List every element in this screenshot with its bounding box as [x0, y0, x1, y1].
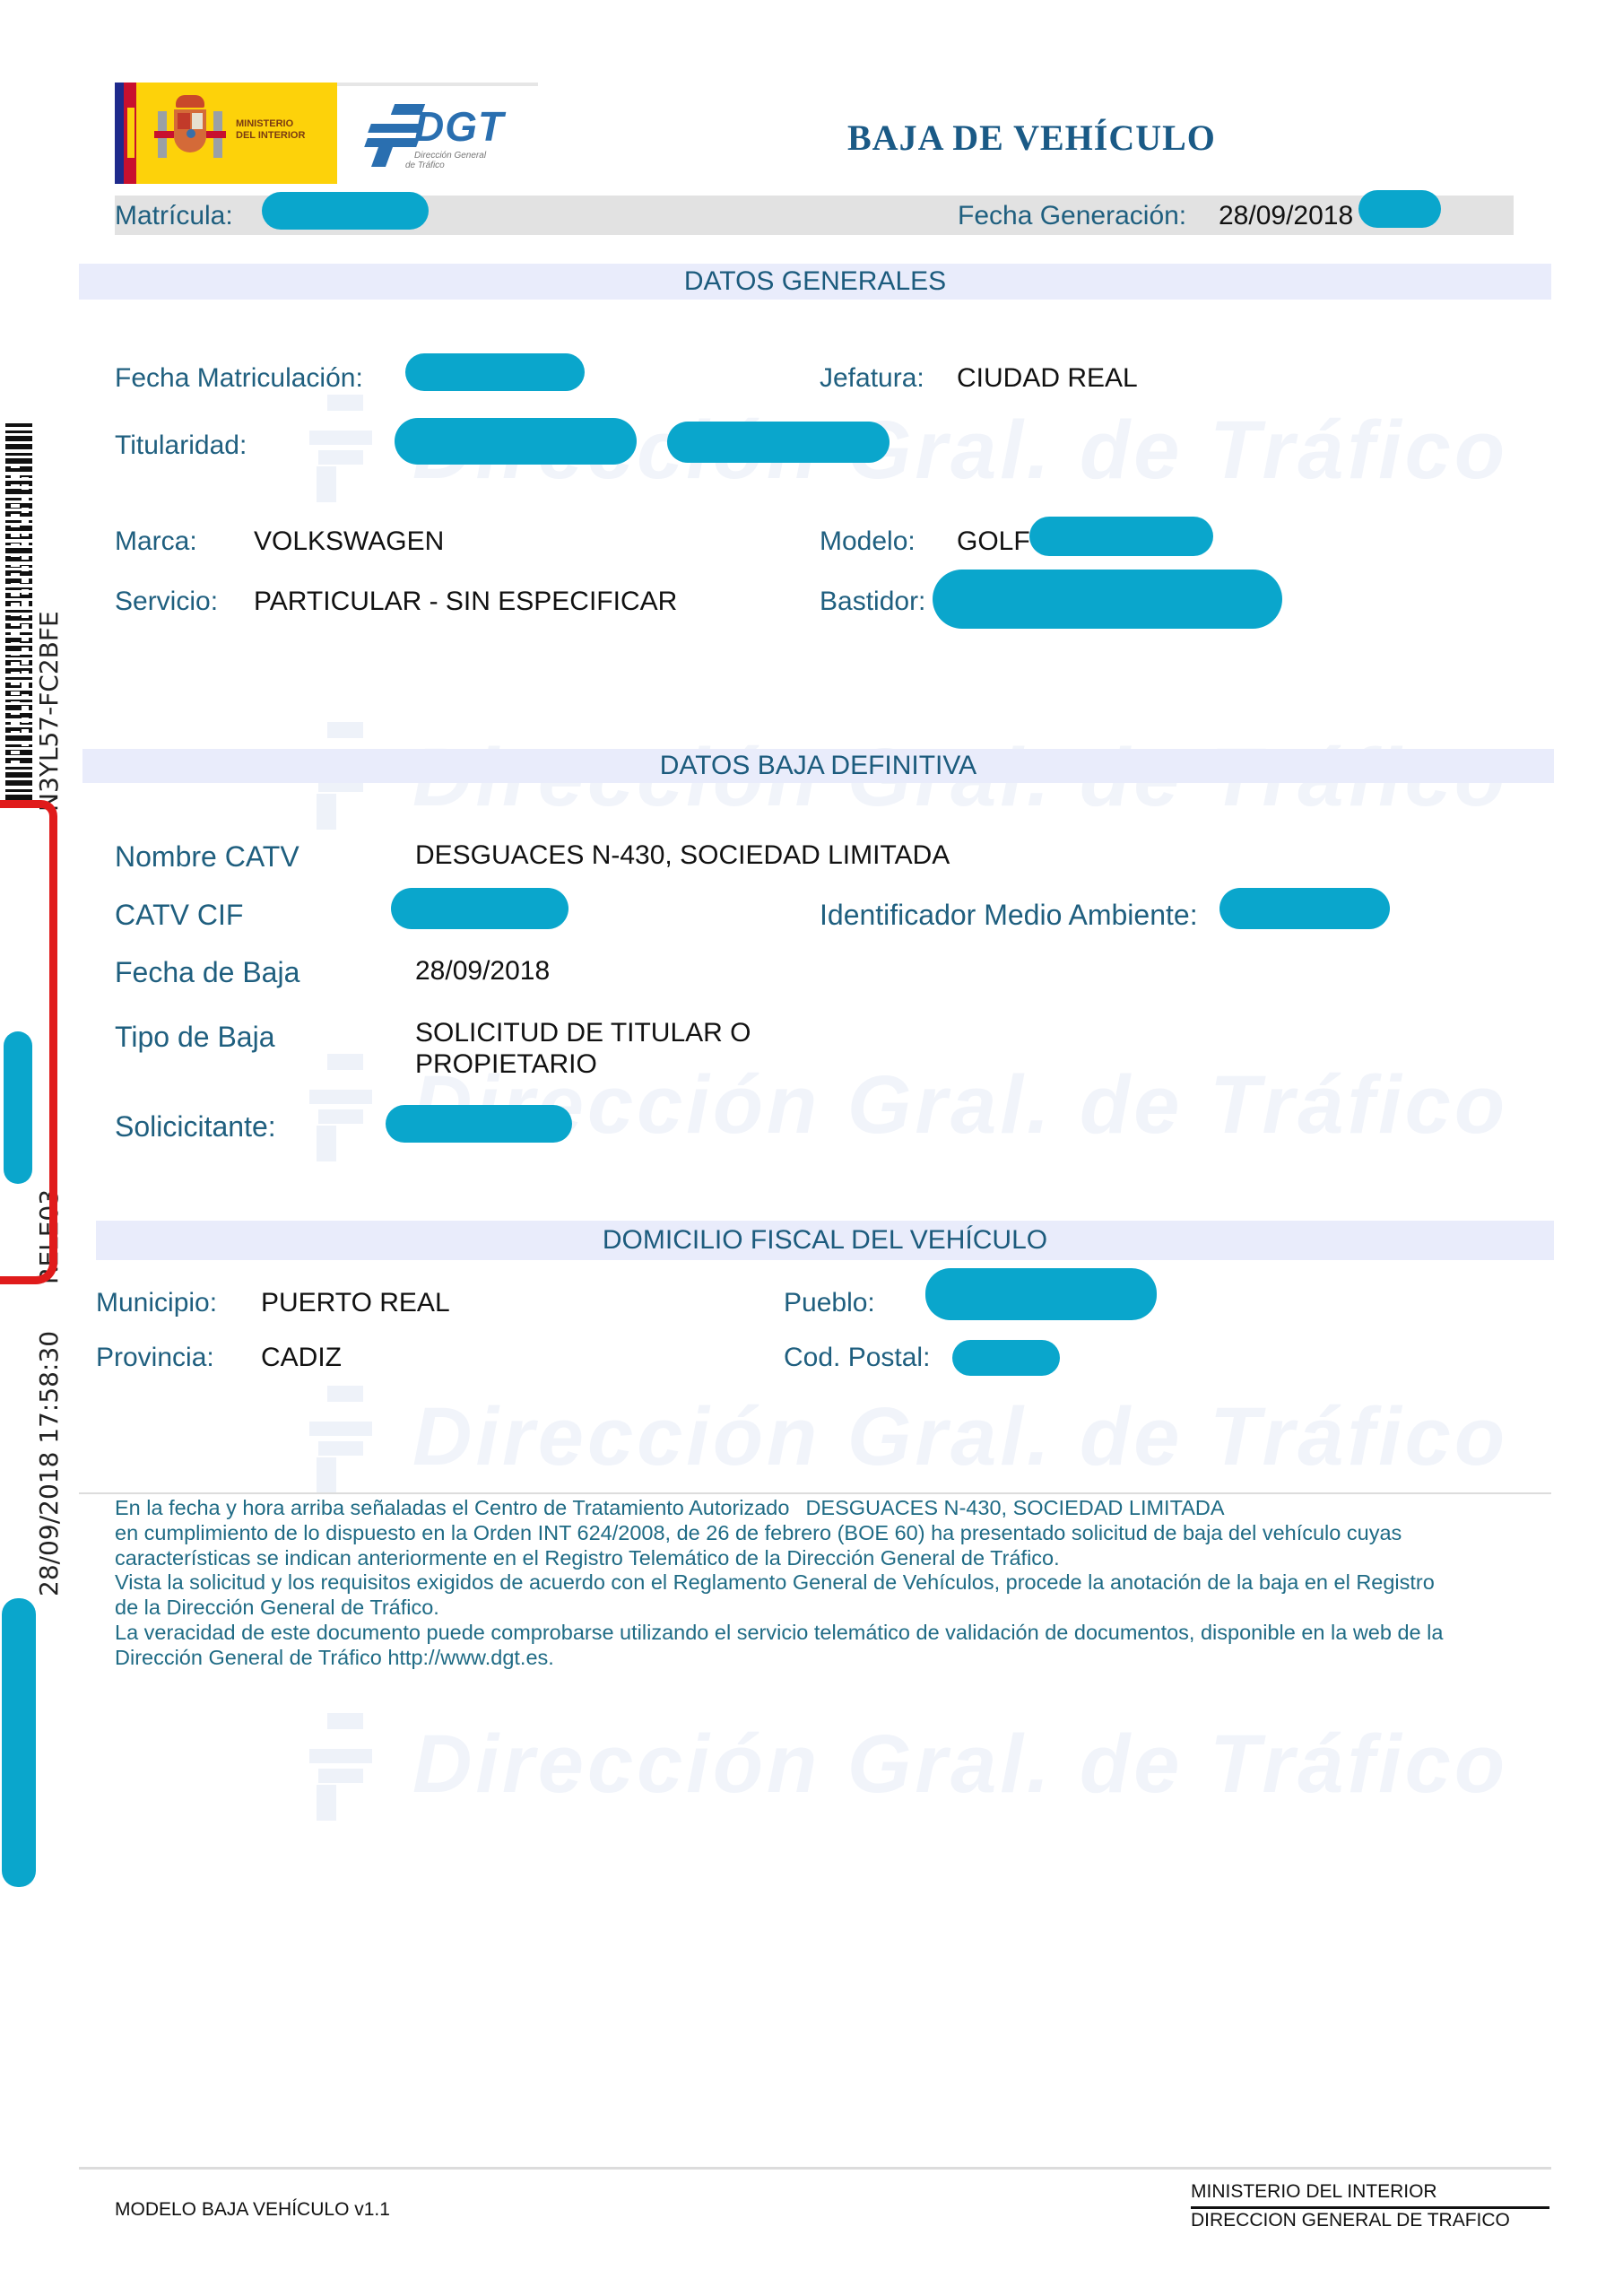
provincia-label: Provincia:	[96, 1343, 214, 1373]
dgt-logo-subtitle: de Tráfico	[405, 161, 486, 170]
jefatura-value: CIUDAD REAL	[957, 363, 1138, 394]
servicio-label: Servicio:	[115, 587, 218, 617]
modelo-label: Modelo:	[820, 526, 916, 557]
redaction-cod-postal	[952, 1340, 1060, 1376]
legal-line: En la fecha y hora arriba señaladas el C…	[115, 1496, 789, 1519]
servicio-value: PARTICULAR - SIN ESPECIFICAR	[254, 587, 677, 617]
dgt-watermark-icon	[309, 1713, 372, 1821]
dgt-watermark-icon	[309, 1054, 372, 1161]
dgt-watermark-icon	[309, 1386, 372, 1493]
jefatura-label: Jefatura:	[820, 363, 924, 394]
footer-rule	[1191, 2206, 1549, 2209]
legal-line: Vista la solicitud y los requisitos exig…	[115, 1570, 1532, 1596]
tipo-baja-line: PROPIETARIO	[415, 1048, 751, 1080]
section-title: DOMICILIO FISCAL DEL VEHÍCULO	[603, 1225, 1047, 1255]
marca-label: Marca:	[115, 526, 197, 557]
eu-stripe	[115, 83, 124, 184]
legal-catv-name: DESGUACES N-430, SOCIEDAD LIMITADA	[805, 1496, 1224, 1519]
footer-model: MODELO BAJA VEHÍCULO v1.1	[115, 2199, 390, 2221]
catv-cif-label: CATV CIF	[115, 899, 243, 932]
redaction-modelo	[1029, 517, 1213, 556]
solicitante-label: Solicicitante:	[115, 1110, 276, 1144]
redaction-titularidad	[395, 418, 637, 465]
matricula-label: Matrícula:	[115, 201, 233, 231]
redaction-catv-cif	[391, 888, 568, 929]
page-title: BAJA DE VEHÍCULO	[847, 117, 1216, 159]
fecha-baja-label: Fecha de Baja	[115, 956, 299, 989]
dgt-logo-text: DGT	[414, 102, 504, 151]
redaction-generation-time	[1358, 190, 1441, 228]
redaction-side-id	[2, 1598, 36, 1887]
id-medio-ambiente-label: Identificador Medio Ambiente:	[820, 899, 1198, 932]
dgt-watermark-icon	[309, 395, 372, 502]
side-timestamp: 28/09/2018 17:58:30	[34, 1331, 64, 1596]
provincia-value: CADIZ	[261, 1343, 342, 1373]
watermark-text: Dirección Gral. de Tráfico	[412, 1390, 1508, 1484]
titularidad-label: Titularidad:	[115, 430, 247, 461]
ministry-logo-text: MINISTERIO	[236, 118, 305, 130]
modelo-value: GOLF	[957, 526, 1030, 557]
bastidor-label: Bastidor:	[820, 587, 925, 617]
redaction-pueblo	[925, 1268, 1157, 1320]
side-barcode	[5, 423, 32, 800]
redaction-id-medio-ambiente	[1219, 888, 1390, 929]
fecha-generacion-label: Fecha Generación:	[958, 201, 1186, 231]
nombre-catv-label: Nombre CATV	[115, 840, 299, 874]
section-domicilio-fiscal: DOMICILIO FISCAL DEL VEHÍCULO	[96, 1221, 1554, 1260]
legal-line: en cumplimiento de lo dispuesto en la Or…	[115, 1521, 1532, 1546]
fecha-matriculacion-label: Fecha Matriculación:	[115, 363, 363, 394]
flag-stripe-yellow	[127, 108, 135, 158]
section-title: DATOS GENERALES	[684, 266, 946, 296]
tipo-baja-label: Tipo de Baja	[115, 1021, 274, 1054]
tipo-baja-value: SOLICITUD DE TITULAR O PROPIETARIO	[415, 1017, 751, 1080]
marca-value: VOLKSWAGEN	[254, 526, 444, 557]
pueblo-label: Pueblo:	[784, 1288, 875, 1318]
dgt-logo-subtitle: Dirección General	[414, 151, 486, 161]
red-annotation-outline	[0, 800, 57, 1284]
municipio-value: PUERTO REAL	[261, 1288, 450, 1318]
legal-line: de la Dirección General de Tráfico.	[115, 1596, 1532, 1621]
nombre-catv-value: DESGUACES N-430, SOCIEDAD LIMITADA	[415, 840, 950, 871]
municipio-label: Municipio:	[96, 1288, 217, 1318]
footer-direction: DIRECCION GENERAL DE TRAFICO	[1191, 2210, 1510, 2231]
side-verification-text: N3YL57-FC2BFE	[34, 611, 64, 812]
ministry-logo: MINISTERIO DEL INTERIOR	[115, 83, 337, 184]
section-datos-generales: DATOS GENERALES	[79, 264, 1551, 300]
legal-line: La veracidad de este documento puede com…	[115, 1621, 1532, 1646]
legal-text: En la fecha y hora arriba señaladas el C…	[115, 1496, 1532, 1671]
redaction-fecha-matriculacion	[405, 353, 585, 391]
redaction-solicitante	[386, 1105, 572, 1143]
legal-separator	[79, 1492, 1551, 1494]
tipo-baja-line: SOLICITUD DE TITULAR O	[415, 1017, 751, 1048]
redaction-bastidor	[933, 570, 1282, 629]
redaction-titularidad	[667, 422, 890, 463]
footer-separator	[79, 2167, 1551, 2170]
fecha-generacion-value: 28/09/2018	[1219, 201, 1353, 231]
section-title: DATOS BAJA DEFINITIVA	[660, 751, 976, 780]
side-timestamp-text: 28/09/2018 17:58:30	[34, 1331, 64, 1596]
legal-line: características se indican anteriormente…	[115, 1546, 1532, 1571]
legal-line: Dirección General de Tráfico http://www.…	[115, 1646, 1532, 1671]
redaction-matricula	[262, 192, 429, 230]
watermark-text: Dirección Gral. de Tráfico	[412, 1718, 1508, 1812]
cod-postal-label: Cod. Postal:	[784, 1343, 930, 1373]
fecha-baja-value: 28/09/2018	[415, 956, 550, 987]
footer-ministry: MINISTERIO DEL INTERIOR	[1191, 2181, 1437, 2203]
section-datos-baja: DATOS BAJA DEFINITIVA	[82, 749, 1554, 783]
verification-code: N3YL57-FC2BFE	[34, 611, 64, 812]
ministry-logo-text: DEL INTERIOR	[236, 130, 305, 142]
coat-of-arms-icon	[154, 95, 226, 174]
dgt-logo: DGT Dirección General de Tráfico	[337, 83, 538, 187]
